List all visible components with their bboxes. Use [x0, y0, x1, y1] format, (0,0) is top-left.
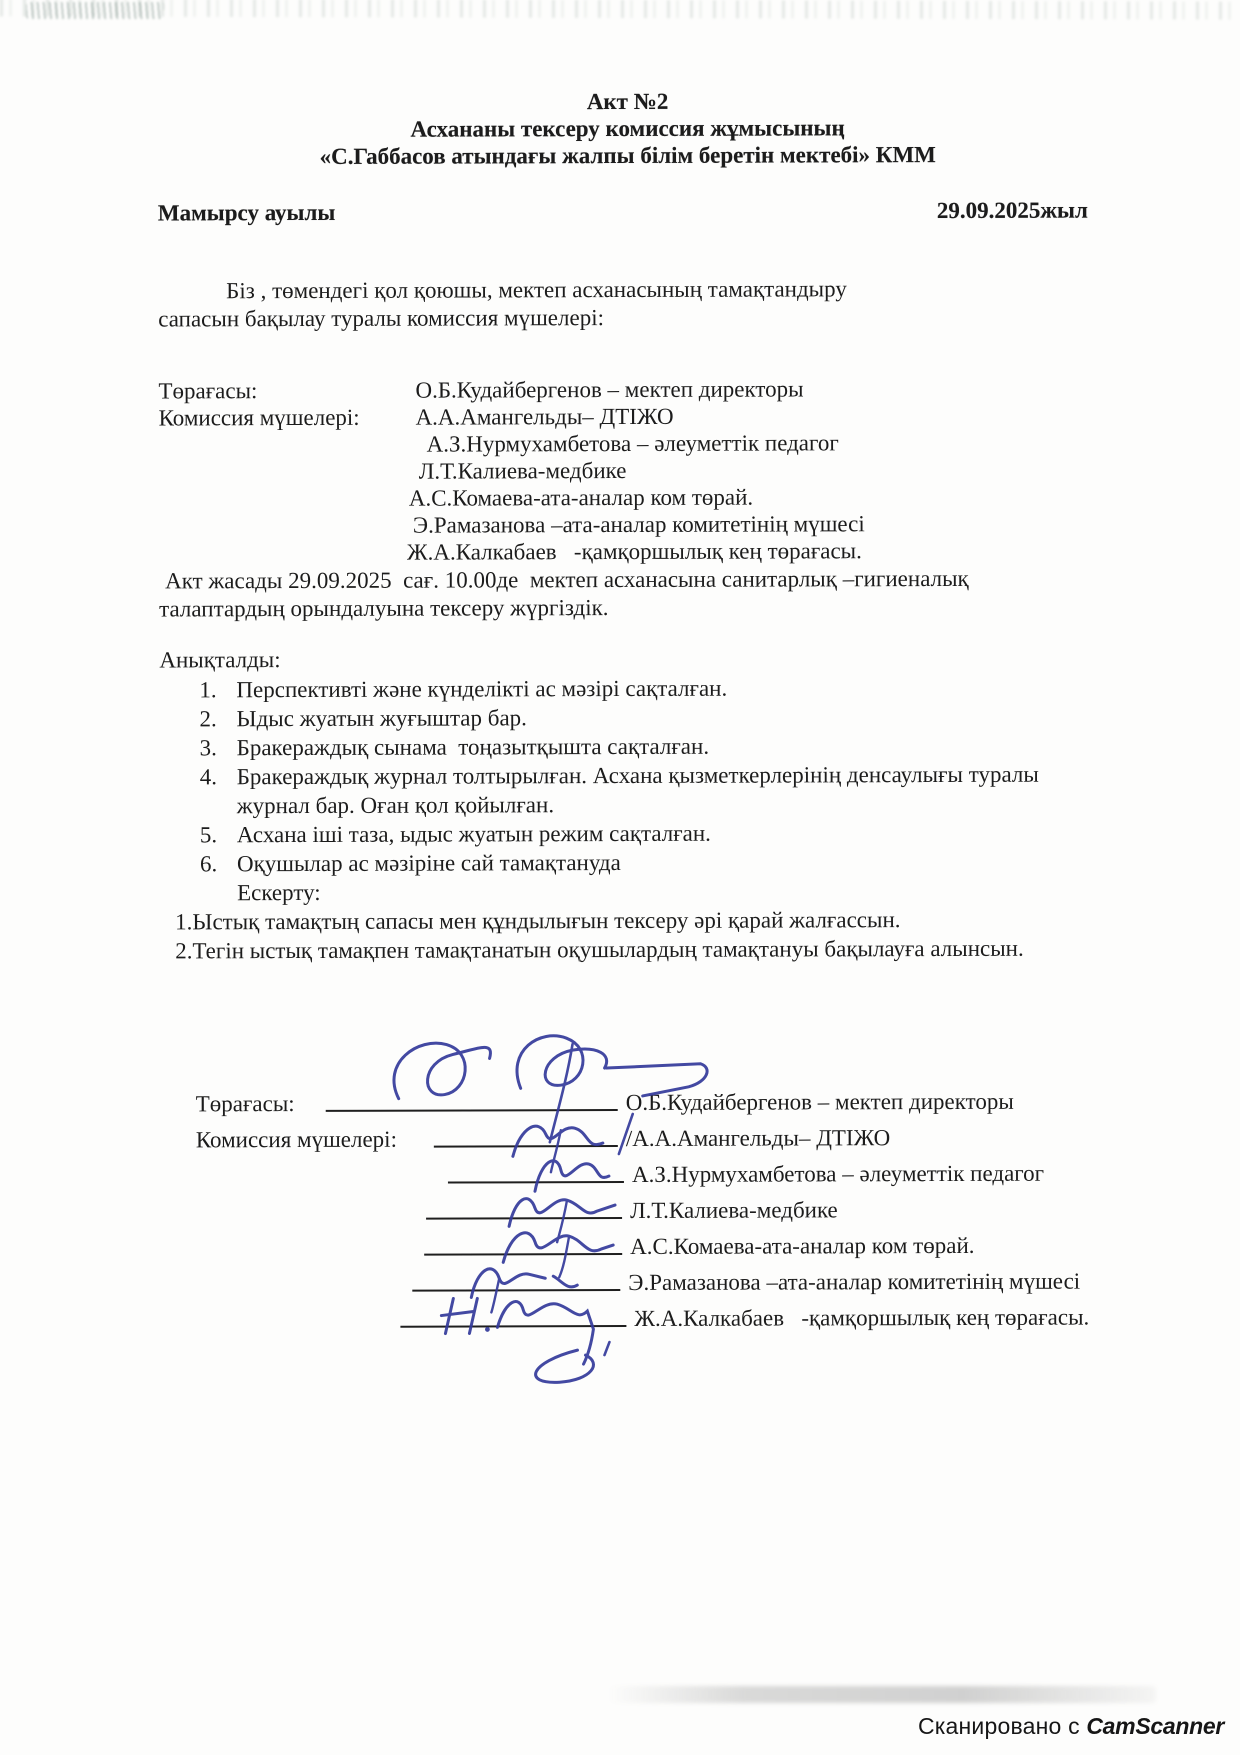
- commission-list: Төрағасы: О.Б.Кудайбергенов – мектеп дир…: [158, 374, 1129, 566]
- act-paragraph: Акт жасады 29.09.2025 сағ. 10.00де мекте…: [159, 565, 1049, 624]
- signature-name: А.С.Комаева-ата-аналар ком төрай.: [630, 1233, 974, 1260]
- scan-artifact-smudge: [608, 1686, 1156, 1703]
- finding-text: Перспективті және күнделікті ас мәзірі с…: [236, 673, 1096, 705]
- note-item: 2.Тегін ыстық тамақпен тамақтанатын оқуш…: [175, 934, 1075, 966]
- signature-name: /А.А.Амангельды– ДТІЖО: [626, 1125, 890, 1152]
- title-organization: «С.Габбасов атындағы жалпы білім беретін…: [158, 140, 1098, 170]
- signature-line: [400, 1323, 626, 1328]
- intro-paragraph: Біз , төмендегі қол қоюшы, мектеп асхана…: [158, 275, 878, 333]
- finding-text: Бракераждық журнал толтырылған. Асхана қ…: [237, 760, 1097, 821]
- members-label: Комиссия мүшелері:: [159, 404, 416, 432]
- members-row: Комиссия мүшелері: А.А.Амангельды– ДТІЖО: [159, 401, 1129, 431]
- signature-line: [448, 1179, 624, 1184]
- finding-number: 4.: [200, 762, 237, 820]
- finding-number: 1.: [199, 675, 236, 704]
- note-item: 1.Ыстық тамақтың сапасы мен құндылығын т…: [175, 905, 1075, 937]
- signature-row: Э.Рамазанова –ата-аналар комитетінің мүш…: [196, 1258, 1196, 1297]
- member-name: Л.Т.Калиева-медбике: [419, 455, 1129, 484]
- member-name: А.З.Нурмухамбетова – әлеуметтік педагог: [427, 428, 1129, 457]
- title-act-number: Акт №2: [158, 86, 1098, 116]
- finding-number: 3.: [200, 733, 237, 762]
- camscanner-brand: CamScanner: [1086, 1713, 1224, 1739]
- findings-heading: Анықталды:: [159, 643, 1129, 674]
- finding-number: 6.: [200, 849, 237, 878]
- signature-row: Л.Т.Калиева-медбике: [196, 1186, 1196, 1225]
- finding-number: 2.: [199, 704, 236, 733]
- signature-line: [424, 1251, 622, 1256]
- place-date-row: Мамырсу ауылы 29.09.2025жыл: [158, 197, 1088, 228]
- signature-row: А.З.Нурмухамбетова – әлеуметтік педагог: [196, 1150, 1196, 1189]
- signature-chairman-label: Төрағасы:: [196, 1091, 320, 1117]
- note-heading: Ескерту:: [237, 875, 1130, 907]
- signature-row: Комиссия мүшелері: /А.А.Амангельды– ДТІЖ…: [196, 1114, 1196, 1153]
- signature-name: Ж.А.Калкабаев -қамқоршылық кең төрағасы.: [634, 1305, 1089, 1332]
- finding-text: Асхана іші таза, ыдыс жуатын режим сақта…: [237, 818, 1097, 850]
- signature-block: Төрағасы: О.Б.Кудайбергенов – мектеп дир…: [196, 1048, 1197, 1333]
- signature-line: [326, 1107, 618, 1112]
- signature-name: О.Б.Кудайбергенов – мектеп директоры: [626, 1089, 1014, 1116]
- finding-text: Ыдыс жуатын жуғыштар бар.: [236, 702, 1096, 734]
- finding-item: 5. Асхана іші таза, ыдыс жуатын режим са…: [160, 817, 1130, 849]
- signature-row: А.С.Комаева-ата-аналар ком төрай.: [196, 1222, 1196, 1261]
- date-label: 29.09.2025жыл: [937, 197, 1088, 225]
- scanned-document-page: Акт №2 Асхананы тексеру комиссия жұмысын…: [0, 0, 1240, 1755]
- camscanner-watermark: Сканировано с CamScanner: [918, 1713, 1224, 1740]
- signature-name: Э.Рамазанова –ата-аналар комитетінің мүш…: [628, 1269, 1080, 1296]
- chairman-name: О.Б.Кудайбергенов – мектеп директоры: [415, 375, 803, 403]
- document-title: Акт №2 Асхананы тексеру комиссия жұмысын…: [158, 86, 1098, 170]
- chairman-row: Төрағасы: О.Б.Кудайбергенов – мектеп дир…: [158, 374, 1128, 404]
- chairman-label: Төрағасы:: [158, 377, 415, 405]
- signature-row: Ж.А.Калкабаев -қамқоршылық кең төрағасы.: [196, 1294, 1196, 1333]
- signature-members-label: Комиссия мүшелері:: [196, 1127, 428, 1154]
- title-subject: Асхананы тексеру комиссия жұмысының: [158, 113, 1098, 143]
- signature-line: [434, 1143, 618, 1148]
- signature-spacer: [196, 1333, 412, 1334]
- member-name: Ж.А.Калкабаев -қамқоршылық кең төрағасы.: [407, 536, 1129, 565]
- signature-line: [426, 1215, 622, 1220]
- finding-item: 4. Бракераждық журнал толтырылған. Асхан…: [160, 759, 1130, 820]
- signature-line: [412, 1287, 620, 1292]
- signature-row: Төрағасы: О.Б.Кудайбергенов – мектеп дир…: [196, 1078, 1196, 1117]
- finding-item: 1. Перспективті және күнделікті ас мәзір…: [159, 672, 1129, 704]
- finding-item: 2. Ыдыс жуатын жуғыштар бар.: [159, 701, 1129, 733]
- place-label: Мамырсу ауылы: [158, 199, 336, 228]
- finding-item: 6. Оқушылар ас мәзіріне сай тамақтануда: [160, 846, 1130, 878]
- finding-text: Оқушылар ас мәзіріне сай тамақтануда: [237, 847, 1097, 879]
- finding-item: 3. Бракераждық сынама тоңазытқышта сақта…: [160, 730, 1130, 762]
- member-name: Э.Рамазанова –ата-аналар комитетінің мүш…: [413, 509, 1129, 538]
- finding-text: Бракераждық сынама тоңазытқышта сақталға…: [237, 731, 1097, 763]
- findings-list: 1. Перспективті және күнделікті ас мәзір…: [159, 672, 1130, 878]
- signature-name: А.З.Нурмухамбетова – әлеуметтік педагог: [632, 1161, 1044, 1188]
- document-body: Акт №2 Асхананы тексеру комиссия жұмысын…: [0, 0, 1240, 1755]
- signature-name: Л.Т.Калиева-медбике: [630, 1197, 838, 1224]
- finding-number: 5.: [200, 820, 237, 849]
- member-name: А.С.Комаева-ата-аналар ком төрай.: [409, 482, 1129, 511]
- notes-list: 1.Ыстық тамақтың сапасы мен құндылығын т…: [160, 904, 1130, 965]
- member-name: А.А.Амангельды– ДТІЖО: [416, 403, 674, 431]
- watermark-text: Сканировано с: [918, 1713, 1086, 1739]
